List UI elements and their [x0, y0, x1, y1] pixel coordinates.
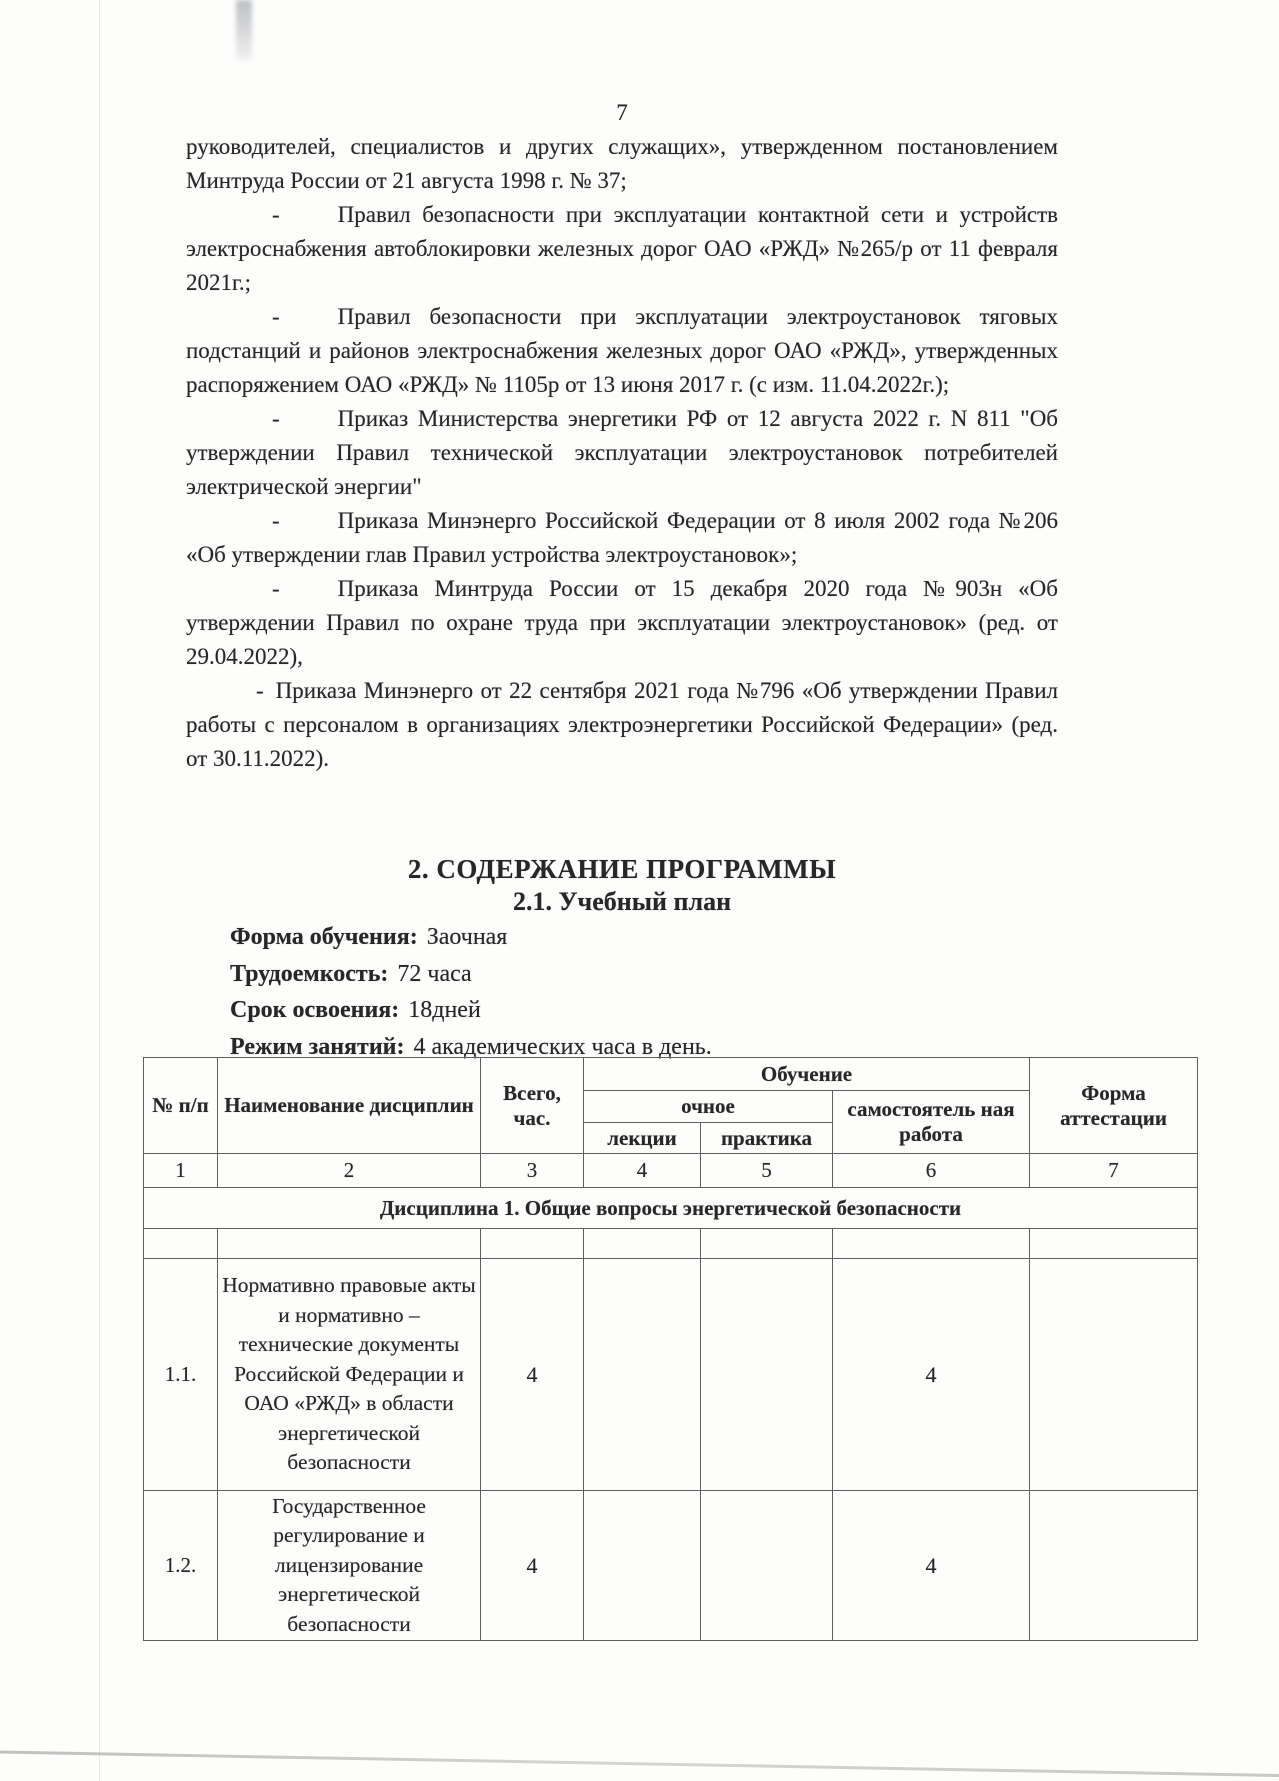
discipline-section-title: Дисциплина 1. Общие вопросы энергетическ…: [144, 1188, 1198, 1229]
section-title: 2. СОДЕРЖАНИЕ ПРОГРАММЫ: [186, 852, 1058, 886]
cell-lectures: [584, 1491, 701, 1641]
cell-num: 1.1.: [144, 1259, 218, 1491]
table-header-row-1: № п/п Наименование дисциплин Всего, час.…: [144, 1058, 1198, 1091]
scan-page-edge: [0, 1750, 1279, 1779]
empty-cell: [584, 1229, 701, 1259]
empty-cell: [1030, 1229, 1198, 1259]
list-item: -Правил безопасности при эксплуатации ко…: [186, 198, 1058, 300]
scan-line-artifact: [99, 0, 100, 1781]
col-header-practice: практика: [701, 1123, 833, 1154]
list-dash: -: [272, 508, 280, 533]
info-value: 18дней: [408, 997, 481, 1023]
info-line-duration: Срок освоения:18дней: [230, 992, 712, 1029]
list-dash: -: [272, 576, 280, 601]
info-value: Заочная: [427, 924, 508, 950]
col-number: 4: [584, 1154, 701, 1188]
list-item-text: Правил безопасности при эксплуатации эле…: [186, 304, 1058, 397]
curriculum-table: № п/п Наименование дисциплин Всего, час.…: [143, 1057, 1198, 1641]
list-item-text: Приказа Минэнерго Российской Федерации о…: [186, 508, 1058, 567]
col-number: 5: [701, 1154, 833, 1188]
col-header-lectures: лекции: [584, 1123, 701, 1154]
info-line-workload: Трудоемкость:72 часа: [230, 956, 712, 993]
cell-attestation: [1030, 1491, 1198, 1641]
empty-cell: [218, 1229, 481, 1259]
info-value: 4 академических часа в день.: [413, 1034, 711, 1060]
section-subtitle: 2.1. Учебный план: [186, 886, 1058, 918]
list-dash: -: [272, 202, 280, 227]
list-item-text: Правил безопасности при эксплуатации кон…: [186, 202, 1058, 295]
col-header-name: Наименование дисциплин: [218, 1058, 481, 1154]
info-label: Трудоемкость:: [230, 961, 388, 987]
info-label: Режим занятий:: [230, 1034, 404, 1060]
info-label: Форма обучения:: [230, 924, 418, 950]
cell-selfwork: 4: [833, 1491, 1030, 1641]
cell-selfwork: 4: [833, 1259, 1030, 1491]
col-header-training: Обучение: [584, 1058, 1030, 1091]
cell-practice: [701, 1491, 833, 1641]
list-item-text: Приказа Минтруда России от 15 декабря 20…: [186, 576, 1058, 669]
document-body: 7 руководителей, специалистов и других с…: [186, 96, 1058, 776]
cell-attestation: [1030, 1259, 1198, 1491]
scan-smudge-artifact: [236, 0, 252, 60]
cell-discipline-name: Нормативно правовые акты и нормативно – …: [218, 1259, 481, 1491]
list-item: -Приказа Минэнерго Российской Федерации …: [186, 504, 1058, 572]
col-header-attestation: Форма аттестации: [1030, 1058, 1198, 1154]
cell-lectures: [584, 1259, 701, 1491]
discipline-section-row: Дисциплина 1. Общие вопросы энергетическ…: [144, 1188, 1198, 1229]
col-header-fulltime: очное: [584, 1091, 833, 1123]
cell-discipline-name: Государственное регулирование и лицензир…: [218, 1491, 481, 1641]
list-item: -Правил безопасности при эксплуатации эл…: [186, 300, 1058, 402]
list-item: -Приказа Минтруда России от 15 декабря 2…: [186, 572, 1058, 674]
col-number: 6: [833, 1154, 1030, 1188]
col-number: 7: [1030, 1154, 1198, 1188]
info-line-form: Форма обучения:Заочная: [230, 919, 712, 956]
list-dash: -: [272, 406, 280, 431]
empty-cell: [701, 1229, 833, 1259]
paragraph-text: руководителей, специалистов и других слу…: [186, 134, 1058, 193]
empty-spacer-row: [144, 1229, 1198, 1259]
list-item: -Приказа Минэнерго от 22 сентября 2021 г…: [186, 674, 1058, 776]
section-heading: 2. СОДЕРЖАНИЕ ПРОГРАММЫ 2.1. Учебный пла…: [186, 852, 1058, 918]
list-dash: -: [272, 304, 280, 329]
list-item: -Приказ Министерства энергетики РФ от 12…: [186, 402, 1058, 504]
col-header-total: Всего, час.: [481, 1058, 584, 1154]
cell-num: 1.2.: [144, 1491, 218, 1641]
info-label: Срок освоения:: [230, 997, 399, 1023]
table-row: 1.1. Нормативно правовые акты и норматив…: [144, 1259, 1198, 1491]
info-value: 72 часа: [397, 961, 471, 987]
column-number-row: 1 2 3 4 5 6 7: [144, 1154, 1198, 1188]
col-number: 3: [481, 1154, 584, 1188]
col-header-num: № п/п: [144, 1058, 218, 1154]
cell-total-hours: 4: [481, 1491, 584, 1641]
list-item-text: Приказ Министерства энергетики РФ от 12 …: [186, 406, 1058, 499]
program-info: Форма обучения:Заочная Трудоемкость:72 ч…: [230, 919, 712, 1065]
empty-cell: [833, 1229, 1030, 1259]
list-item-text: Приказа Минэнерго от 22 сентября 2021 го…: [186, 678, 1058, 771]
col-number: 2: [218, 1154, 481, 1188]
table-row: 1.2. Государственное регулирование и лиц…: [144, 1491, 1198, 1641]
empty-cell: [481, 1229, 584, 1259]
empty-cell: [144, 1229, 218, 1259]
cell-total-hours: 4: [481, 1259, 584, 1491]
paragraph-continuation: руководителей, специалистов и других слу…: [186, 130, 1058, 198]
col-header-selfwork: самостоятель ная работа: [833, 1091, 1030, 1154]
cell-practice: [701, 1259, 833, 1491]
list-dash: -: [256, 678, 264, 703]
col-number: 1: [144, 1154, 218, 1188]
page-number: 7: [186, 96, 1058, 130]
scanned-document-page: 7 руководителей, специалистов и других с…: [0, 0, 1279, 1781]
